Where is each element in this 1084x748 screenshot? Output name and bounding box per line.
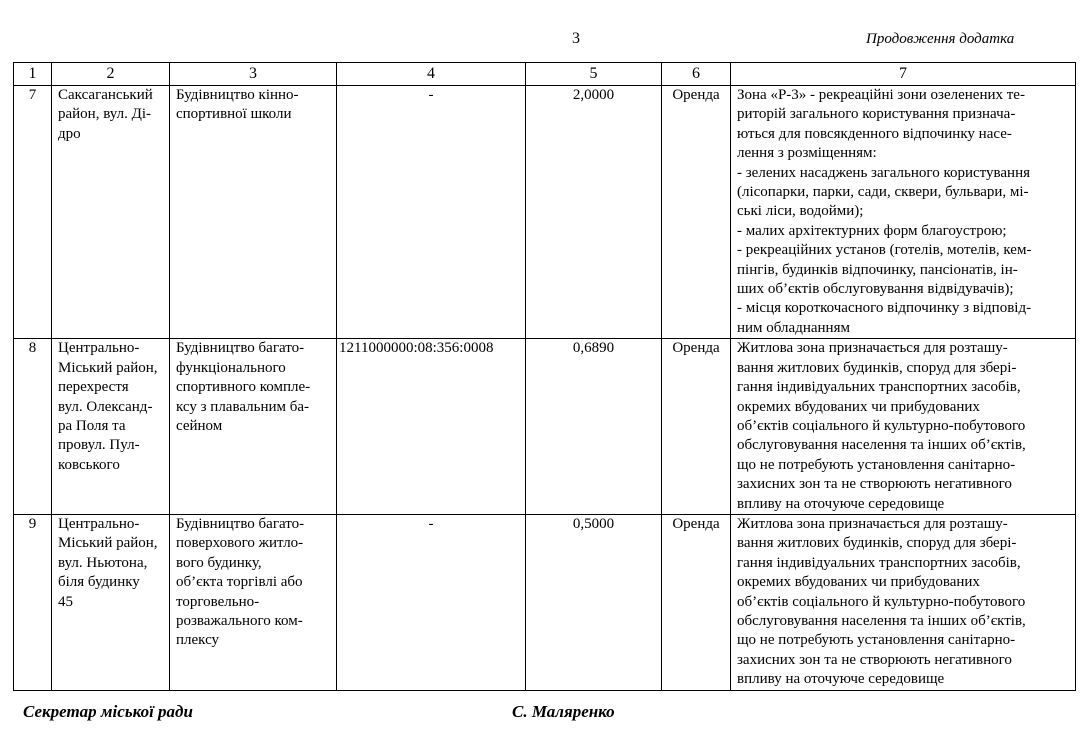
text-line: біля будинку	[58, 573, 169, 592]
zone-description-cell: Житлова зона призначається для розташу-в…	[731, 514, 1076, 690]
text-line: що не потребують установлення санітарно-	[737, 456, 1071, 475]
text-line: Центрально-	[58, 339, 169, 358]
text-line: провул. Пул-	[58, 436, 169, 455]
text-line: дро	[58, 125, 169, 144]
table-row: 7Саксаганськийрайон, вул. Ді-дро Будівни…	[14, 86, 1076, 339]
area-cell: 2,0000	[526, 86, 662, 339]
text-line: ксу з плавальним ба-	[176, 398, 336, 417]
text-line: вання житлових будинків, споруд для збер…	[737, 534, 1071, 553]
text-line: ковського	[58, 456, 169, 475]
text-line: вого будинку,	[176, 554, 336, 573]
purpose-cell: Будівництво багато-поверхового житло-вог…	[170, 514, 337, 690]
text-line: поверхового житло-	[176, 534, 336, 553]
text-line: ших об’єктів обслуговування відвідувачів…	[737, 280, 1071, 299]
purpose-cell: Будівництво кінно-спортивної школи	[170, 86, 337, 339]
location-cell: Саксаганськийрайон, вул. Ді-дро	[52, 86, 170, 339]
column-number: 1	[14, 63, 52, 86]
text-line: окремих вбудованих чи прибудованих	[737, 398, 1071, 417]
row-number-cell: 7	[14, 86, 52, 339]
text-line: захисних зон та не створюють негативного	[737, 651, 1071, 670]
cadastral-number-cell: -	[337, 86, 526, 339]
text-line: гання індивідуальних транспортних засобі…	[737, 378, 1071, 397]
text-line: Зона «Р-3» - рекреаційні зони озеленених…	[737, 86, 1071, 105]
text-line: впливу на оточуюче середовище	[737, 495, 1071, 514]
area-cell: 0,5000	[526, 514, 662, 690]
text-line: розважального ком-	[176, 612, 336, 631]
text-line: ра Поля та	[58, 417, 169, 436]
text-line: - малих архітектурних форм благоустрою;	[737, 222, 1071, 241]
text-line: Міський район,	[58, 359, 169, 378]
use-type-cell: Оренда	[662, 339, 731, 515]
column-number: 3	[170, 63, 337, 86]
text-line: Саксаганський	[58, 86, 169, 105]
text-line: об’єктів соціального й культурно-побутов…	[737, 593, 1071, 612]
text-line: - зелених насаджень загального користува…	[737, 164, 1071, 183]
signature-title: Секретар міської ради	[23, 702, 193, 722]
row-number-cell: 8	[14, 339, 52, 515]
text-line: окремих вбудованих чи прибудованих	[737, 573, 1071, 592]
text-line: спортивного компле-	[176, 378, 336, 397]
column-number: 7	[731, 63, 1076, 86]
text-line: вул. Олександ-	[58, 398, 169, 417]
column-number: 5	[526, 63, 662, 86]
text-line: вул. Ньютона,	[58, 554, 169, 573]
text-line: об’єкта торгівлі або	[176, 573, 336, 592]
text-line: Центрально-	[58, 515, 169, 534]
text-line: об’єктів соціального й культурно-побутов…	[737, 417, 1071, 436]
text-line: Будівництво багато-	[176, 515, 336, 534]
cadastral-number-cell: 1211000000:08:356:0008	[337, 339, 526, 515]
cadastral-number-cell: -	[337, 514, 526, 690]
text-line: сейном	[176, 417, 336, 436]
text-line: - рекреаційних установ (готелів, мотелів…	[737, 241, 1071, 260]
text-line: риторій загального користування признача…	[737, 105, 1071, 124]
text-line: район, вул. Ді-	[58, 105, 169, 124]
text-line: вання житлових будинків, споруд для збер…	[737, 359, 1071, 378]
text-line: плексу	[176, 631, 336, 650]
use-type-cell: Оренда	[662, 514, 731, 690]
signature-name: С. Маляренко	[512, 702, 615, 722]
text-line: ються для повсякденного відпочинку насе-	[737, 125, 1071, 144]
table-row: 8Центрально-Міський район,перехрестявул.…	[14, 339, 1076, 515]
text-line: ним обладнанням	[737, 319, 1071, 338]
text-line: що не потребують установлення санітарно-	[737, 631, 1071, 650]
text-line: обслуговування населення та інших об’єкт…	[737, 436, 1071, 455]
text-line: Житлова зона призначається для розташу-	[737, 515, 1071, 534]
zone-description-cell: Зона «Р-3» - рекреаційні зони озеленених…	[731, 86, 1076, 339]
text-line: спортивної школи	[176, 105, 336, 124]
text-line: Будівництво кінно-	[176, 86, 336, 105]
text-line: Будівництво багато-	[176, 339, 336, 358]
area-cell: 0,6890	[526, 339, 662, 515]
text-line: (лісопарки, парки, сади, сквери, бульвар…	[737, 183, 1071, 202]
column-number: 6	[662, 63, 731, 86]
text-line: Житлова зона призначається для розташу-	[737, 339, 1071, 358]
land-plots-table: 1 2 3 4 5 6 7 7Саксаганськийрайон, вул. …	[13, 62, 1076, 691]
page-number: 3	[572, 30, 580, 48]
text-line: ські ліси, водойми);	[737, 202, 1071, 221]
text-line: пінгів, будинків відпочинку, пансіонатів…	[737, 261, 1071, 280]
continuation-label: Продовження додатка	[866, 31, 1014, 48]
location-cell: Центрально-Міський район,перехрестявул. …	[52, 339, 170, 515]
table-row: 9Центрально-Міський район,вул. Ньютона,б…	[14, 514, 1076, 690]
text-line: 45	[58, 593, 169, 612]
row-number-cell: 9	[14, 514, 52, 690]
zone-description-cell: Житлова зона призначається для розташу-в…	[731, 339, 1076, 515]
text-line: Міський район,	[58, 534, 169, 553]
text-line: впливу на оточуюче середовище	[737, 670, 1071, 689]
purpose-cell: Будівництво багато-функціональногоспорти…	[170, 339, 337, 515]
use-type-cell: Оренда	[662, 86, 731, 339]
text-line: торговельно-	[176, 593, 336, 612]
text-line: лення з розміщенням:	[737, 144, 1071, 163]
column-number-row: 1 2 3 4 5 6 7	[14, 63, 1076, 86]
text-line: обслуговування населення та інших об’єкт…	[737, 612, 1071, 631]
text-line: перехрестя	[58, 378, 169, 397]
text-line: функціонального	[176, 359, 336, 378]
location-cell: Центрально-Міський район,вул. Ньютона,бі…	[52, 514, 170, 690]
column-number: 2	[52, 63, 170, 86]
column-number: 4	[337, 63, 526, 86]
text-line: гання індивідуальних транспортних засобі…	[737, 554, 1071, 573]
text-line: - місця короткочасного відпочинку з відп…	[737, 299, 1071, 318]
text-line: захисних зон та не створюють негативного	[737, 475, 1071, 494]
